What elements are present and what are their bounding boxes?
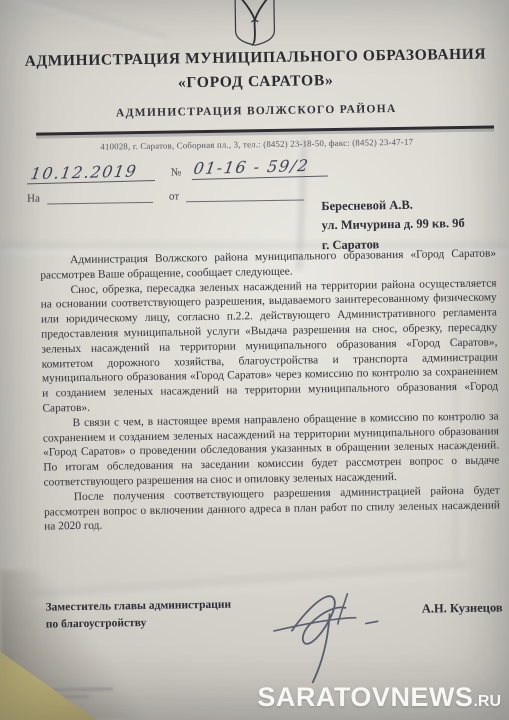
na-label: На <box>27 193 40 205</box>
letter-content: АДМИНИСТРАЦИЯ МУНИЦИПАЛЬНОГО ОБРАЗОВАНИЯ… <box>0 0 509 720</box>
contact-line: 410028, г. Саратов, Соборная пл., 3, тел… <box>2 135 509 153</box>
signature-scribble <box>269 583 393 687</box>
saratovnews-watermark: SARATOVNEWS.RU <box>257 682 501 713</box>
letter-paper: АДМИНИСТРАЦИЯ МУНИЦИПАЛЬНОГО ОБРАЗОВАНИЯ… <box>0 0 509 720</box>
handwritten-date: 10.12.2019 <box>29 161 138 183</box>
watermark-main: SARATOVNEWS <box>257 682 473 713</box>
letterhead-divider <box>36 125 494 135</box>
signer-position-line2: по благоустройству <box>46 614 232 634</box>
number-field: 01-16 - 59/2 <box>191 153 328 181</box>
recipient-name: Бересневой А.В. <box>321 195 464 217</box>
reply-number-field <box>47 188 153 205</box>
reply-date-field <box>186 185 304 202</box>
saratov-coat-of-arms-icon <box>231 0 279 47</box>
date-field: 10.12.2019 <box>26 159 155 184</box>
signer-position-line1: Заместитель главы администрации <box>45 597 231 617</box>
recipient-block: Бересневой А.В. ул. Мичурина д. 99 кв. 9… <box>321 195 465 255</box>
org-name-line2: «ГОРОД САРАТОВ» <box>1 69 509 95</box>
handwritten-number: 01-16 - 59/2 <box>192 156 310 178</box>
paragraph: После получения соответствующего разреше… <box>44 483 501 535</box>
paragraph: Снос, обрезка, пересадка зеленых насажде… <box>40 276 498 416</box>
department-name: АДМИНИСТРАЦИЯ ВОЛЖСКОГО РАЙОНА <box>2 101 509 121</box>
watermark-suffix: .RU <box>473 693 501 711</box>
document-photo: АДМИНИСТРАЦИЯ МУНИЦИПАЛЬНОГО ОБРАЗОВАНИЯ… <box>0 0 509 720</box>
recipient-street: ул. Мичурина д. 99 кв. 9б <box>321 214 464 236</box>
executor-note-illegible <box>47 688 113 703</box>
signer-position: Заместитель главы администрации по благо… <box>45 597 231 634</box>
letter-body: Администрация Волжского района муниципал… <box>40 246 500 534</box>
org-name-line1: АДМИНИСТРАЦИЯ МУНИЦИПАЛЬНОГО ОБРАЗОВАНИЯ <box>1 45 509 71</box>
number-sign: № <box>171 166 182 178</box>
paragraph: В связи с чем, в настоящее время направл… <box>43 409 500 490</box>
reply-reference-row: На от <box>27 185 304 204</box>
signer-name: А.Н. Кузнецов <box>422 600 503 616</box>
ot-label: от <box>169 190 179 202</box>
reference-row: 10.12.2019 № 01-16 - 59/2 <box>26 153 327 185</box>
